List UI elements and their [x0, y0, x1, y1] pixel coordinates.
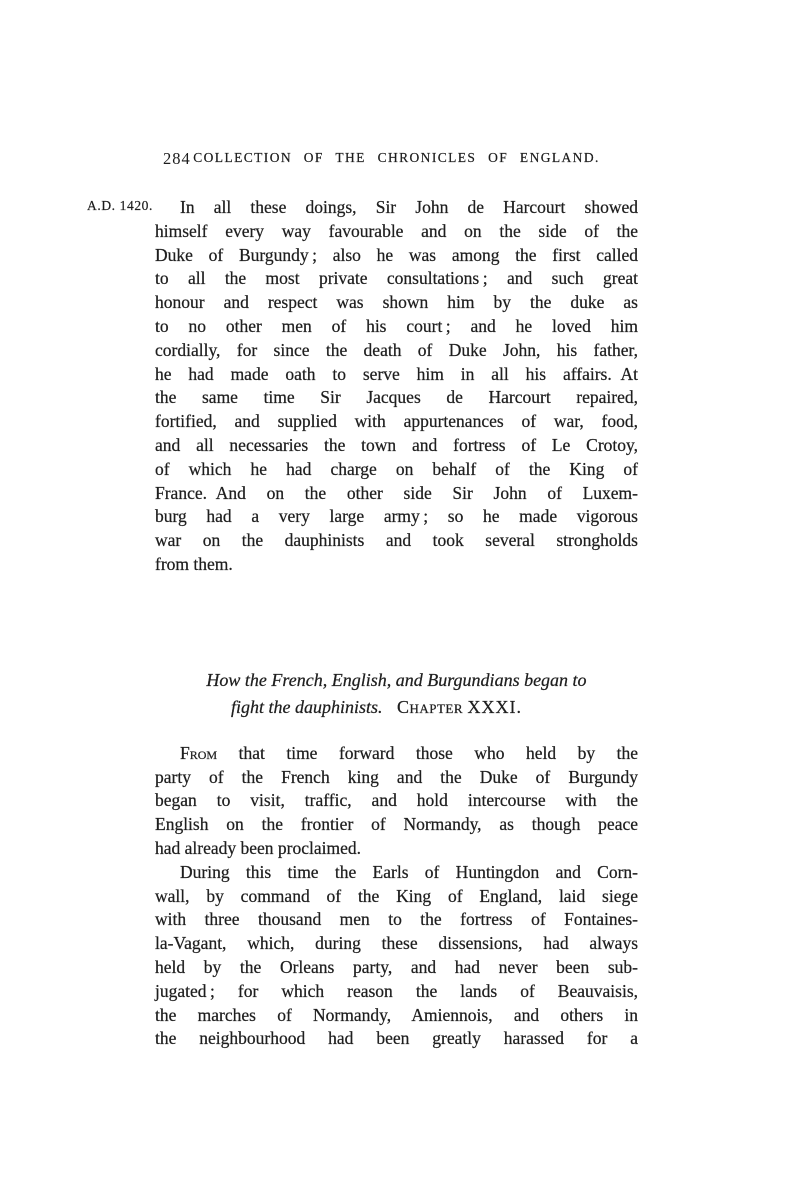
- text-line: jugated ; for which reason the lands of …: [155, 980, 638, 1004]
- chapter-heading: How the French, English, and Burgundians…: [155, 667, 638, 721]
- text-line: of which he had charge on behalf of the …: [155, 458, 638, 482]
- text-line: with three thousand men to the fortress …: [155, 908, 638, 932]
- text-line: he had made oath to serve him in all his…: [155, 363, 638, 387]
- text-line: cordially, for since the death of Duke J…: [155, 339, 638, 363]
- text-line: himself every way favourable and on the …: [155, 220, 638, 244]
- running-title: COLLECTION OF THE CHRONICLES OF ENGLAND.: [193, 150, 600, 165]
- page-number: 284: [163, 149, 191, 169]
- text-line: from them.: [155, 553, 638, 577]
- paragraph-2: From that time forward those who held by…: [155, 742, 638, 861]
- paragraph-2-first-line-rest: that time forward those who held by the: [239, 743, 638, 763]
- text-line: the marches of Normandy, Amiennois, and …: [155, 1004, 638, 1028]
- page-header: 284 COLLECTION OF THE CHRONICLES OF ENGL…: [155, 149, 638, 167]
- text-line: fortified, and supplied with appurtenanc…: [155, 410, 638, 434]
- chapter-label: Chapter: [397, 697, 463, 717]
- text-line: to no other men of his court ; and he lo…: [155, 315, 638, 339]
- text-line: the neighbourhood had been greatly haras…: [155, 1027, 638, 1051]
- text-line: party of the French king and the Duke of…: [155, 766, 638, 790]
- text-line: France. And on the other side Sir John o…: [155, 482, 638, 506]
- text-block: In all these doings, Sir John de Harcour…: [155, 196, 638, 1051]
- text-line: burg had a very large army ; so he made …: [155, 505, 638, 529]
- text-line: the same time Sir Jacques de Harcourt re…: [155, 386, 638, 410]
- text-line: and all necessaries the town and fortres…: [155, 434, 638, 458]
- text-line: From that time forward those who held by…: [155, 742, 638, 766]
- text-line: had already been proclaimed.: [155, 837, 638, 861]
- chapter-heading-line2: fight the dauphinists. Chapter XXXI.: [155, 694, 638, 721]
- text-line: began to visit, traffic, and hold interc…: [155, 789, 638, 813]
- text-line: held by the Orleans party, and had never…: [155, 956, 638, 980]
- text-line: to all the most private consultations ; …: [155, 267, 638, 291]
- chapter-heading-line1: How the French, English, and Burgundians…: [155, 667, 638, 694]
- paragraph-1: In all these doings, Sir John de Harcour…: [155, 196, 638, 577]
- book-page: 284 COLLECTION OF THE CHRONICLES OF ENGL…: [0, 0, 801, 1201]
- text-line: Duke of Burgundy ; also he was among the…: [155, 244, 638, 268]
- chapter-heading-subject: fight the dauphinists.: [231, 697, 383, 717]
- text-line: wall, by command of the King of England,…: [155, 885, 638, 909]
- paragraph-2-first-word: From: [180, 743, 217, 763]
- paragraph-2-lines: party of the French king and the Duke of…: [155, 766, 638, 861]
- paragraph-3: During this time the Earls of Huntingdon…: [155, 861, 638, 1051]
- text-line: English on the frontier of Normandy, as …: [155, 813, 638, 837]
- text-line: During this time the Earls of Huntingdon…: [155, 861, 638, 885]
- text-line: honour and respect was shown him by the …: [155, 291, 638, 315]
- text-line: war on the dauphinists and took several …: [155, 529, 638, 553]
- text-line: la-Vagant, which, during these dissensio…: [155, 932, 638, 956]
- chapter-numeral: XXXI.: [468, 697, 523, 717]
- marginal-date: A.D. 1420.: [87, 198, 153, 214]
- text-line: In all these doings, Sir John de Harcour…: [155, 196, 638, 220]
